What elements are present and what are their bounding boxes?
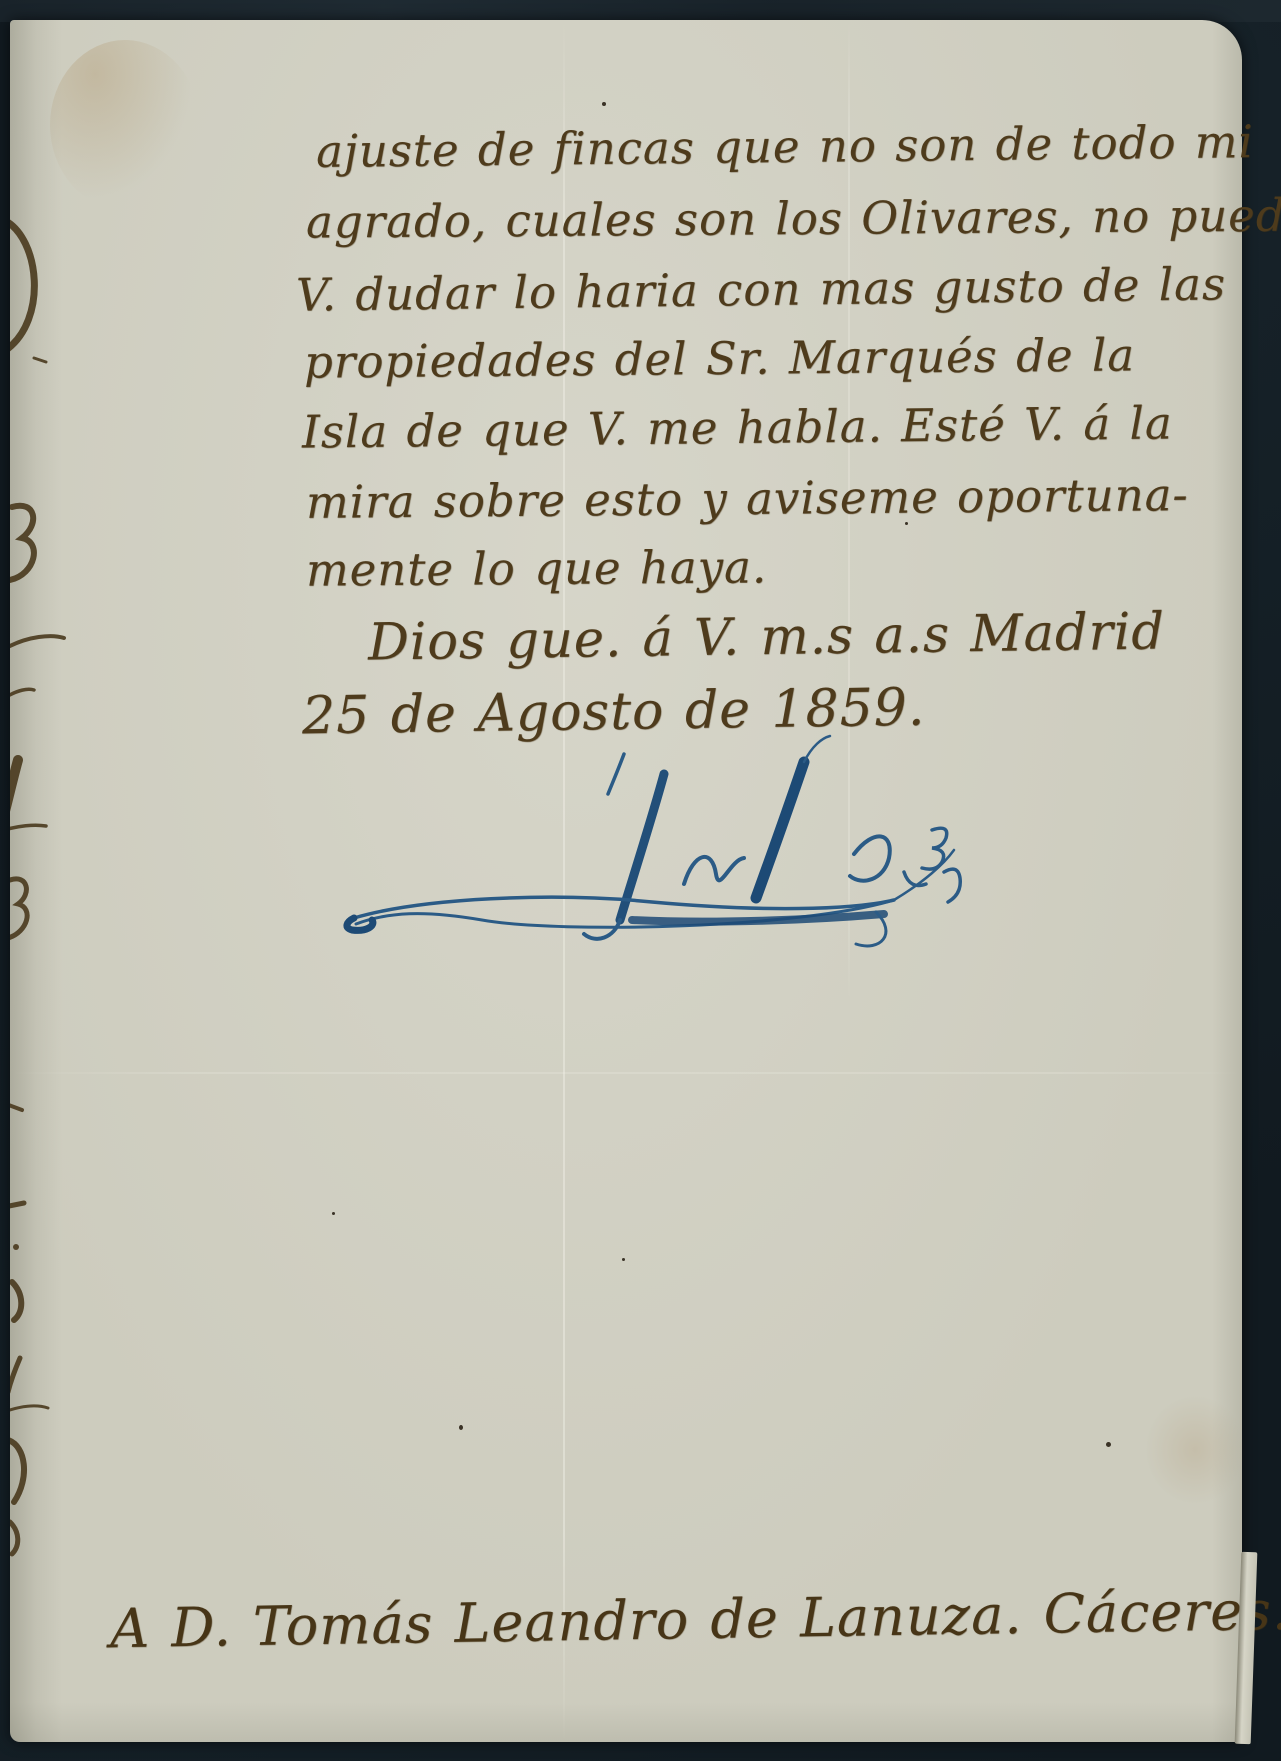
letter-line: V. dudar lo haria con mas gusto de las: [296, 257, 1227, 321]
ink-speck: [459, 1425, 463, 1430]
ink-speck: [332, 1212, 335, 1215]
ink-speck: [602, 102, 606, 106]
letter-line: agrado, cuales son los Olivares, no pued…: [306, 188, 1281, 248]
letter-line: ajuste de fincas que no son de todo mi: [316, 115, 1254, 178]
ink-speck: [622, 1258, 625, 1261]
paper-stain: [1140, 1390, 1250, 1510]
letter-line: propiedades del Sr. Marqués de la: [304, 328, 1135, 388]
scanned-letter-page: ajuste de fincas que no son de todo mi a…: [0, 0, 1281, 1761]
ink-speck: [1106, 1442, 1111, 1447]
closing-formula-line: Dios gue. á V. m.s a.s Madrid: [368, 602, 1166, 672]
signature-flourish-icon: [332, 732, 992, 967]
letter-line: Isla de que V. me habla. Esté V. á la: [302, 396, 1173, 458]
left-edge-ink-showthrough: [10, 20, 80, 1742]
letter-line: mente lo que haya.: [306, 540, 768, 596]
fold-crease-horizontal: [10, 1072, 1242, 1074]
scanner-background-edge: [0, 0, 1281, 22]
letter-line: mira sobre esto y aviseme oportuna-: [306, 468, 1189, 529]
addressee-line: A D. Tomás Leandro de Lanuza. Cáceres.: [110, 1579, 1281, 1661]
letter-paper: ajuste de fincas que no son de todo mi a…: [10, 20, 1242, 1742]
signature: J. M. Dug.: [332, 732, 992, 967]
